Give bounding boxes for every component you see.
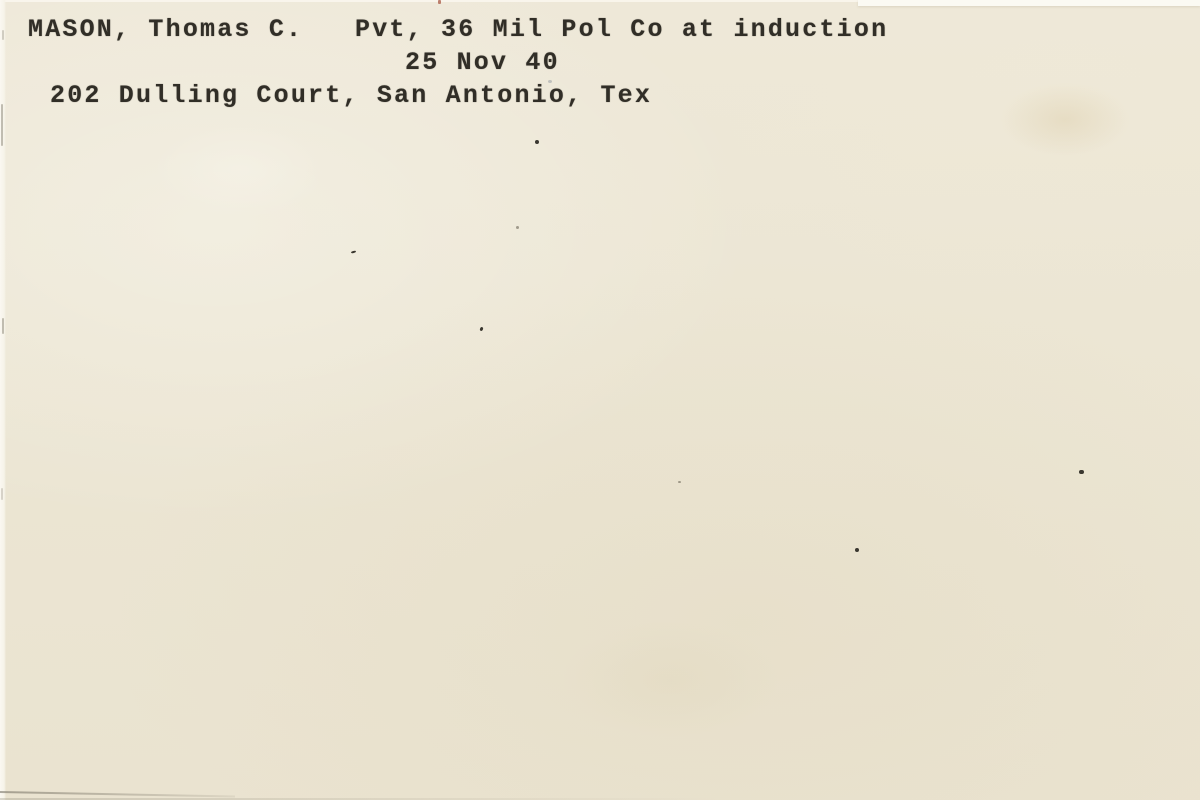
dust-speck <box>479 327 483 332</box>
card-bottom-edge-line <box>0 791 235 798</box>
paper-stain <box>1000 82 1130 157</box>
dust-speck <box>516 226 519 229</box>
dust-speck <box>351 250 356 253</box>
scan-edge-top-right <box>858 0 1200 6</box>
dust-speck <box>535 140 539 144</box>
dust-speck <box>855 548 859 552</box>
scanned-index-card: MASON, Thomas C. Pvt, 36 Mil Pol Co at i… <box>0 0 1200 800</box>
typed-surname-line: MASON, Thomas C. <box>28 15 303 45</box>
dust-speck <box>678 481 681 483</box>
scan-edge-mark <box>1 488 3 500</box>
typed-induction-date: 25 Nov 40 <box>405 48 560 78</box>
paper-stain <box>560 620 780 740</box>
scan-edge-mark <box>1 104 3 146</box>
typed-address-line: 202 Dulling Court, San Antonio, Tex <box>50 81 652 111</box>
dust-speck <box>438 0 441 4</box>
scan-edge-mark <box>2 318 4 334</box>
typed-rank-unit-line: Pvt, 36 Mil Pol Co at induction <box>355 15 888 45</box>
dust-speck <box>1079 470 1084 474</box>
paper-highlight <box>150 120 330 220</box>
dust-speck <box>548 80 552 83</box>
scan-edge-mark <box>2 30 4 40</box>
